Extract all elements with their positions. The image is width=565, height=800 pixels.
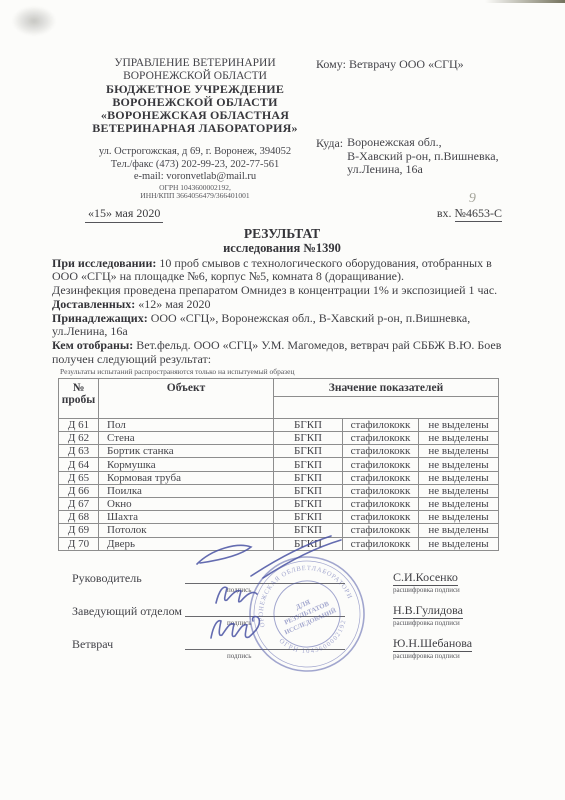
scanned-document: УПРАВЛЕНИЕ ВЕТЕРИНАРИИ ВОРОНЕЖСКОЙ ОБЛАС… [0, 0, 565, 800]
research-label: При исследовании: [52, 256, 156, 270]
cell-indicator: стафилококк [343, 471, 419, 484]
delivered-label: Доставленных: [52, 297, 135, 311]
org-email: e-mail: voronvetlab@mail.ru [86, 171, 304, 184]
cell-indicator: стафилококк [343, 511, 419, 524]
org-address: ул. Острогожская, д 69, г. Воронеж, 3940… [86, 146, 304, 159]
table-row: Д 63Бортик станкаБГКПстафилококкне выдел… [59, 445, 499, 458]
cell-result: не выделены [419, 445, 499, 458]
meta-row: «15» мая 2020 9 вх. №4653-С [52, 206, 512, 223]
cell-indicator: стафилококк [343, 524, 419, 537]
cell-test: БГКП [274, 471, 343, 484]
cell-indicator: стафилококк [343, 445, 419, 458]
org-name: ВЕТЕРИНАРНАЯ ЛАБОРАТОРИЯ» [86, 122, 304, 135]
cell-result: не выделены [419, 458, 499, 471]
table-row: Д 67ОкноБГКПстафилококкне выделены [59, 498, 499, 511]
where-line: В-Хавский р-он, п.Вишневка, [347, 150, 498, 164]
recipient-where: Куда: Воронежская обл., В-Хавский р-он, … [316, 136, 512, 177]
where-line: Воронежская обл., [347, 136, 498, 150]
name-caption: расшифровка подписи [393, 619, 460, 627]
recipient-to: Кому: Ветврачу ООО «СГЦ» [316, 57, 512, 72]
cell-object: Окно [99, 498, 274, 511]
document-title: РЕЗУЛЬТАТ [52, 226, 512, 241]
table-row: Д 61ПолБГКПстафилококкне выделены [59, 418, 499, 431]
cell-indicator: стафилококк [343, 418, 419, 431]
signer-name: Ю.Н.Шебанова [393, 636, 472, 652]
cell-object: Поилка [99, 484, 274, 497]
table-row: Д 64КормушкаБГКПстафилококкне выделены [59, 458, 499, 471]
cell-object: Шахта [99, 511, 274, 524]
name-caption: расшифровка подписи [393, 586, 460, 594]
name-caption: расшифровка подписи [393, 652, 460, 660]
stamp-center-text: ДЛЯ РЕЗУЛЬТАТОВ ИССЛЕДОВАНИЙ [276, 590, 338, 636]
column-header-object: Объект [99, 378, 274, 418]
org-address-block: ул. Острогожская, д 69, г. Воронеж, 3940… [86, 146, 304, 201]
table-row: Д 70ДверьБГКПстафилококкне выделены [59, 537, 499, 550]
table-row: Д 66ПоилкаБГКПстафилококкне выделены [59, 484, 499, 497]
cell-sample-id: Д 66 [59, 484, 99, 497]
cell-sample-id: Д 61 [59, 418, 99, 431]
cell-result: не выделены [419, 418, 499, 431]
cell-sample-id: Д 70 [59, 537, 99, 550]
cell-object: Потолок [99, 524, 274, 537]
org-inn: ИНН/КПП 3664056479/366401001 [86, 192, 304, 201]
sampled-line: Кем отобраны: Вет.фельд. ООО «СГЦ» У.М. … [52, 339, 512, 353]
signer-role: Заведующий отделом [72, 604, 182, 619]
cell-result: не выделены [419, 484, 499, 497]
result-intro: получен следующий результат: [52, 353, 512, 367]
column-header-sample: № пробы [59, 378, 99, 418]
incoming-label: вх. [437, 206, 452, 220]
recipient-block: Кому: Ветврачу ООО «СГЦ» Куда: Воронежск… [304, 57, 512, 201]
cell-test: БГКП [274, 498, 343, 511]
cell-test: БГКП [274, 511, 343, 524]
document-date: «15» мая 2020 [85, 206, 163, 223]
cell-test: БГКП [274, 432, 343, 445]
table-row: Д 69ПотолокБГКПстафилококкне выделены [59, 524, 499, 537]
column-header-values: Значение показателей [274, 378, 499, 418]
where-address: Воронежская обл., В-Хавский р-он, п.Вишн… [347, 136, 498, 177]
cell-result: не выделены [419, 537, 499, 550]
cell-sample-id: Д 68 [59, 511, 99, 524]
results-disclaimer: Результаты испытаний распространяются то… [60, 368, 512, 376]
cell-object: Дверь [99, 537, 274, 550]
where-line: ул.Ленина, 16а [347, 163, 498, 177]
signer-name: С.И.Косенко [393, 570, 458, 586]
cell-result: не выделены [419, 471, 499, 484]
document-subtitle: исследования №1390 [52, 241, 512, 255]
cell-test: БГКП [274, 484, 343, 497]
org-phone: Тел./факс (473) 202-99-23, 202-77-561 [86, 159, 304, 172]
handwritten-mark: 9 [469, 191, 476, 207]
disinfection-text: Дезинфекция проведена препаратом Омнидез… [52, 284, 512, 298]
signer-name: Н.В.Гулидова [393, 603, 463, 619]
signer-role: Ветврач [72, 637, 113, 652]
header-sample-line1: № [59, 382, 98, 395]
cell-result: не выделены [419, 498, 499, 511]
cell-object: Пол [99, 418, 274, 431]
table-row: Д 65Кормовая трубаБГКПстафилококкне выде… [59, 471, 499, 484]
cell-sample-id: Д 65 [59, 471, 99, 484]
cell-test: БГКП [274, 445, 343, 458]
cell-test: БГКП [274, 418, 343, 431]
header-values-label: Значение показателей [274, 379, 498, 397]
cell-indicator: стафилококк [343, 498, 419, 511]
cell-object: Кормушка [99, 458, 274, 471]
table-row: Д 68ШахтаБГКПстафилококкне выделены [59, 511, 499, 524]
results-table-head: № пробы Объект Значение показателей [59, 378, 499, 418]
cell-indicator: стафилококк [343, 484, 419, 497]
sampled-label: Кем отобраны: [52, 338, 133, 352]
cell-result: не выделены [419, 432, 499, 445]
belongs-line: Принадлежащих: ООО «СГЦ», Воронежская об… [52, 312, 512, 340]
cell-sample-id: Д 69 [59, 524, 99, 537]
results-table-body: Д 61ПолБГКПстафилококкне выделеныД 62Сте… [59, 418, 499, 550]
header-sample-line2: пробы [59, 394, 98, 407]
cell-sample-id: Д 67 [59, 498, 99, 511]
signer-role: Руководитель [72, 571, 142, 586]
cell-indicator: стафилококк [343, 432, 419, 445]
letterhead: УПРАВЛЕНИЕ ВЕТЕРИНАРИИ ВОРОНЕЖСКОЙ ОБЛАС… [52, 57, 512, 201]
table-row: Д 62СтенаБГКПстафилококкне выделены [59, 432, 499, 445]
body-text: При исследовании: 10 проб смывов с техно… [52, 257, 512, 367]
organization-block: УПРАВЛЕНИЕ ВЕТЕРИНАРИИ ВОРОНЕЖСКОЙ ОБЛАС… [86, 57, 304, 201]
cell-sample-id: Д 63 [59, 445, 99, 458]
cell-object: Бортик станка [99, 445, 274, 458]
incoming-number-block: 9 вх. №4653-С [437, 206, 502, 223]
org-line: УПРАВЛЕНИЕ ВЕТЕРИНАРИИ [86, 57, 304, 70]
signature-caption: подпись [227, 652, 251, 660]
cell-sample-id: Д 64 [59, 458, 99, 471]
where-label: Куда: [316, 136, 343, 177]
cell-object: Стена [99, 432, 274, 445]
cell-result: не выделены [419, 524, 499, 537]
cell-object: Кормовая труба [99, 471, 274, 484]
cell-result: не выделены [419, 511, 499, 524]
cell-indicator: стафилококк [343, 458, 419, 471]
results-table: № пробы Объект Значение показателей Д 61… [58, 378, 499, 551]
sampled-text: Вет.фельд. ООО «СГЦ» У.М. Магомедов, вет… [136, 338, 501, 352]
header-row: № пробы Объект Значение показателей [59, 378, 499, 418]
cell-sample-id: Д 62 [59, 432, 99, 445]
delivered-line: Доставленных: «12» мая 2020 [52, 298, 512, 312]
cell-indicator: стафилококк [343, 537, 419, 550]
cell-test: БГКП [274, 458, 343, 471]
incoming-number: №4653-С [455, 206, 502, 222]
delivered-text: «12» мая 2020 [138, 297, 210, 311]
belongs-label: Принадлежащих: [52, 311, 148, 325]
cell-test: БГКП [274, 524, 343, 537]
